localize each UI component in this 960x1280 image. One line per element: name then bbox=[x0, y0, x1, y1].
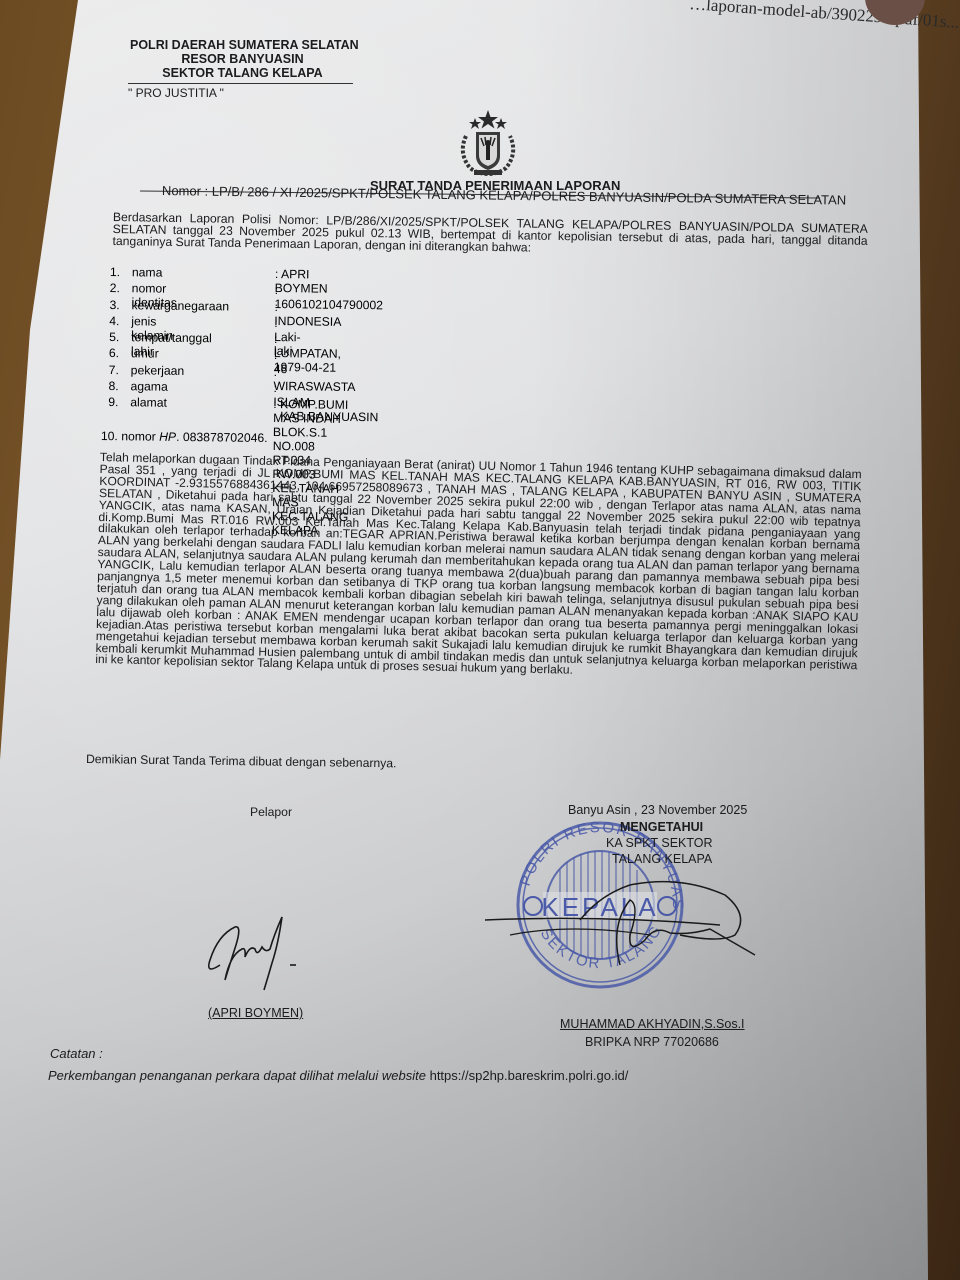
reporter-signature bbox=[200, 905, 310, 1000]
phone-label: HP bbox=[159, 430, 176, 444]
row-label: agama bbox=[130, 379, 167, 393]
row-label: kewarganegaraan bbox=[131, 298, 229, 313]
note-text: Perkembangan penanganan perkara dapat di… bbox=[48, 1068, 430, 1083]
row-number: 2. bbox=[110, 281, 130, 295]
officer-signature bbox=[480, 865, 760, 980]
note-url-link[interactable]: https://sp2hp.bareskrim.polri.go.id/ bbox=[430, 1068, 629, 1083]
officer-title-2: TALANG KELAPA bbox=[612, 852, 712, 866]
note: Perkembangan penanganan perkara dapat di… bbox=[48, 1068, 628, 1083]
row-value-cont: KAB.BANYUASIN bbox=[280, 409, 378, 424]
row-number: 1. bbox=[110, 265, 130, 279]
pro-justitia: " PRO JUSTITIA " bbox=[128, 86, 224, 100]
acknowledged-label: MENGETAHUI bbox=[620, 820, 703, 834]
row-label: umur bbox=[131, 347, 159, 361]
phone-prefix: 10. nomor bbox=[101, 429, 159, 444]
letterhead-line-3: SEKTOR TALANG KELAPA bbox=[130, 66, 355, 80]
phone-field: 10. nomor HP. 083878702046. bbox=[101, 429, 268, 445]
letterhead: POLRI DAERAH SUMATERA SELATAN RESOR BANY… bbox=[130, 38, 355, 80]
row-number: 3. bbox=[109, 298, 129, 312]
officer-name: MUHAMMAD AKHYADIN,S.Sos.I bbox=[560, 1017, 745, 1031]
row-number: 9. bbox=[108, 395, 128, 409]
row-number: 6. bbox=[109, 346, 129, 360]
row-number: 7. bbox=[109, 363, 129, 377]
row-label: nama bbox=[132, 265, 163, 279]
row-label: pekerjaan bbox=[131, 363, 185, 378]
letterhead-divider bbox=[128, 83, 353, 84]
phone-value: . 083878702046. bbox=[176, 430, 268, 445]
row-number: 5. bbox=[109, 330, 129, 344]
reporter-name: (APRI BOYMEN) bbox=[208, 1006, 303, 1020]
letterhead-line-2: RESOR BANYUASIN bbox=[130, 52, 355, 66]
letterhead-line-1: POLRI DAERAH SUMATERA SELATAN bbox=[130, 38, 355, 52]
row-label: alamat bbox=[130, 396, 167, 410]
place-date: Banyu Asin , 23 November 2025 bbox=[568, 803, 747, 817]
officer-title-1: KA SPKT SEKTOR bbox=[606, 836, 713, 850]
officer-rank: BRIPKA NRP 77020686 bbox=[585, 1035, 719, 1049]
polri-emblem-icon bbox=[448, 108, 528, 185]
note-label: Catatan : bbox=[50, 1046, 103, 1061]
row-number: 8. bbox=[108, 379, 128, 393]
reporter-label: Pelapor bbox=[250, 805, 292, 819]
row-number: 4. bbox=[109, 314, 129, 328]
report-body: Telah melaporkan dugaan Tindak Pidana Pe… bbox=[95, 452, 862, 684]
